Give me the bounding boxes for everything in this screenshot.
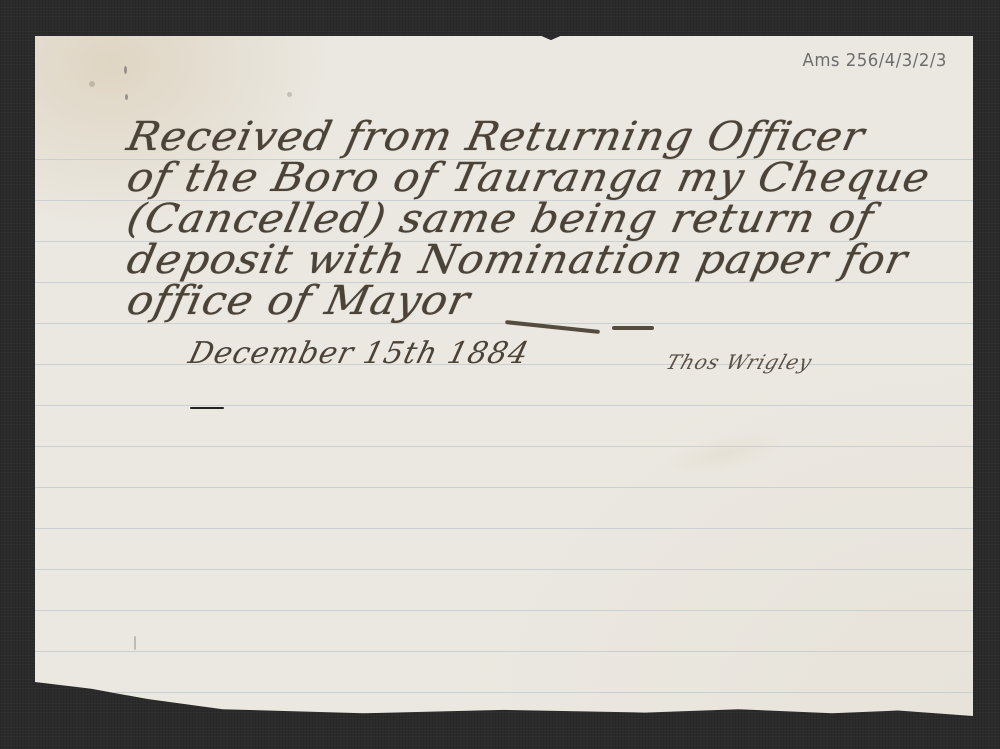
ruled-line	[35, 405, 973, 406]
ink-speck	[134, 636, 136, 650]
smudge	[89, 81, 95, 87]
ruled-line	[35, 651, 973, 652]
ink-mark	[190, 407, 224, 409]
faint-stain	[663, 424, 788, 483]
ink-speck	[124, 66, 127, 74]
handwritten-line-1: Received from Returning Officer	[123, 114, 869, 160]
signature: Thos Wrigley	[663, 350, 816, 374]
document-paper: Ams 256/4/3/2/3 Received from Returning …	[35, 36, 973, 716]
handwritten-line-5: office of Mayor	[123, 278, 475, 324]
ruled-line	[35, 610, 973, 611]
handwritten-line-2: of the Boro of Tauranga my Cheque	[123, 155, 934, 201]
ruled-line	[35, 692, 973, 693]
flourish-dash	[612, 326, 654, 330]
ruled-line	[35, 487, 973, 488]
ruled-line	[35, 569, 973, 570]
handwritten-line-4: deposit with Nomination paper for	[123, 237, 912, 283]
handwritten-date: December 15th 1884	[185, 336, 533, 371]
smudge	[287, 92, 292, 97]
handwritten-line-3: (Cancelled) same being return of	[123, 196, 878, 242]
ruled-line	[35, 446, 973, 447]
archive-reference-number: Ams 256/4/3/2/3	[803, 50, 947, 71]
ruled-line	[35, 528, 973, 529]
ink-speck	[125, 94, 128, 100]
